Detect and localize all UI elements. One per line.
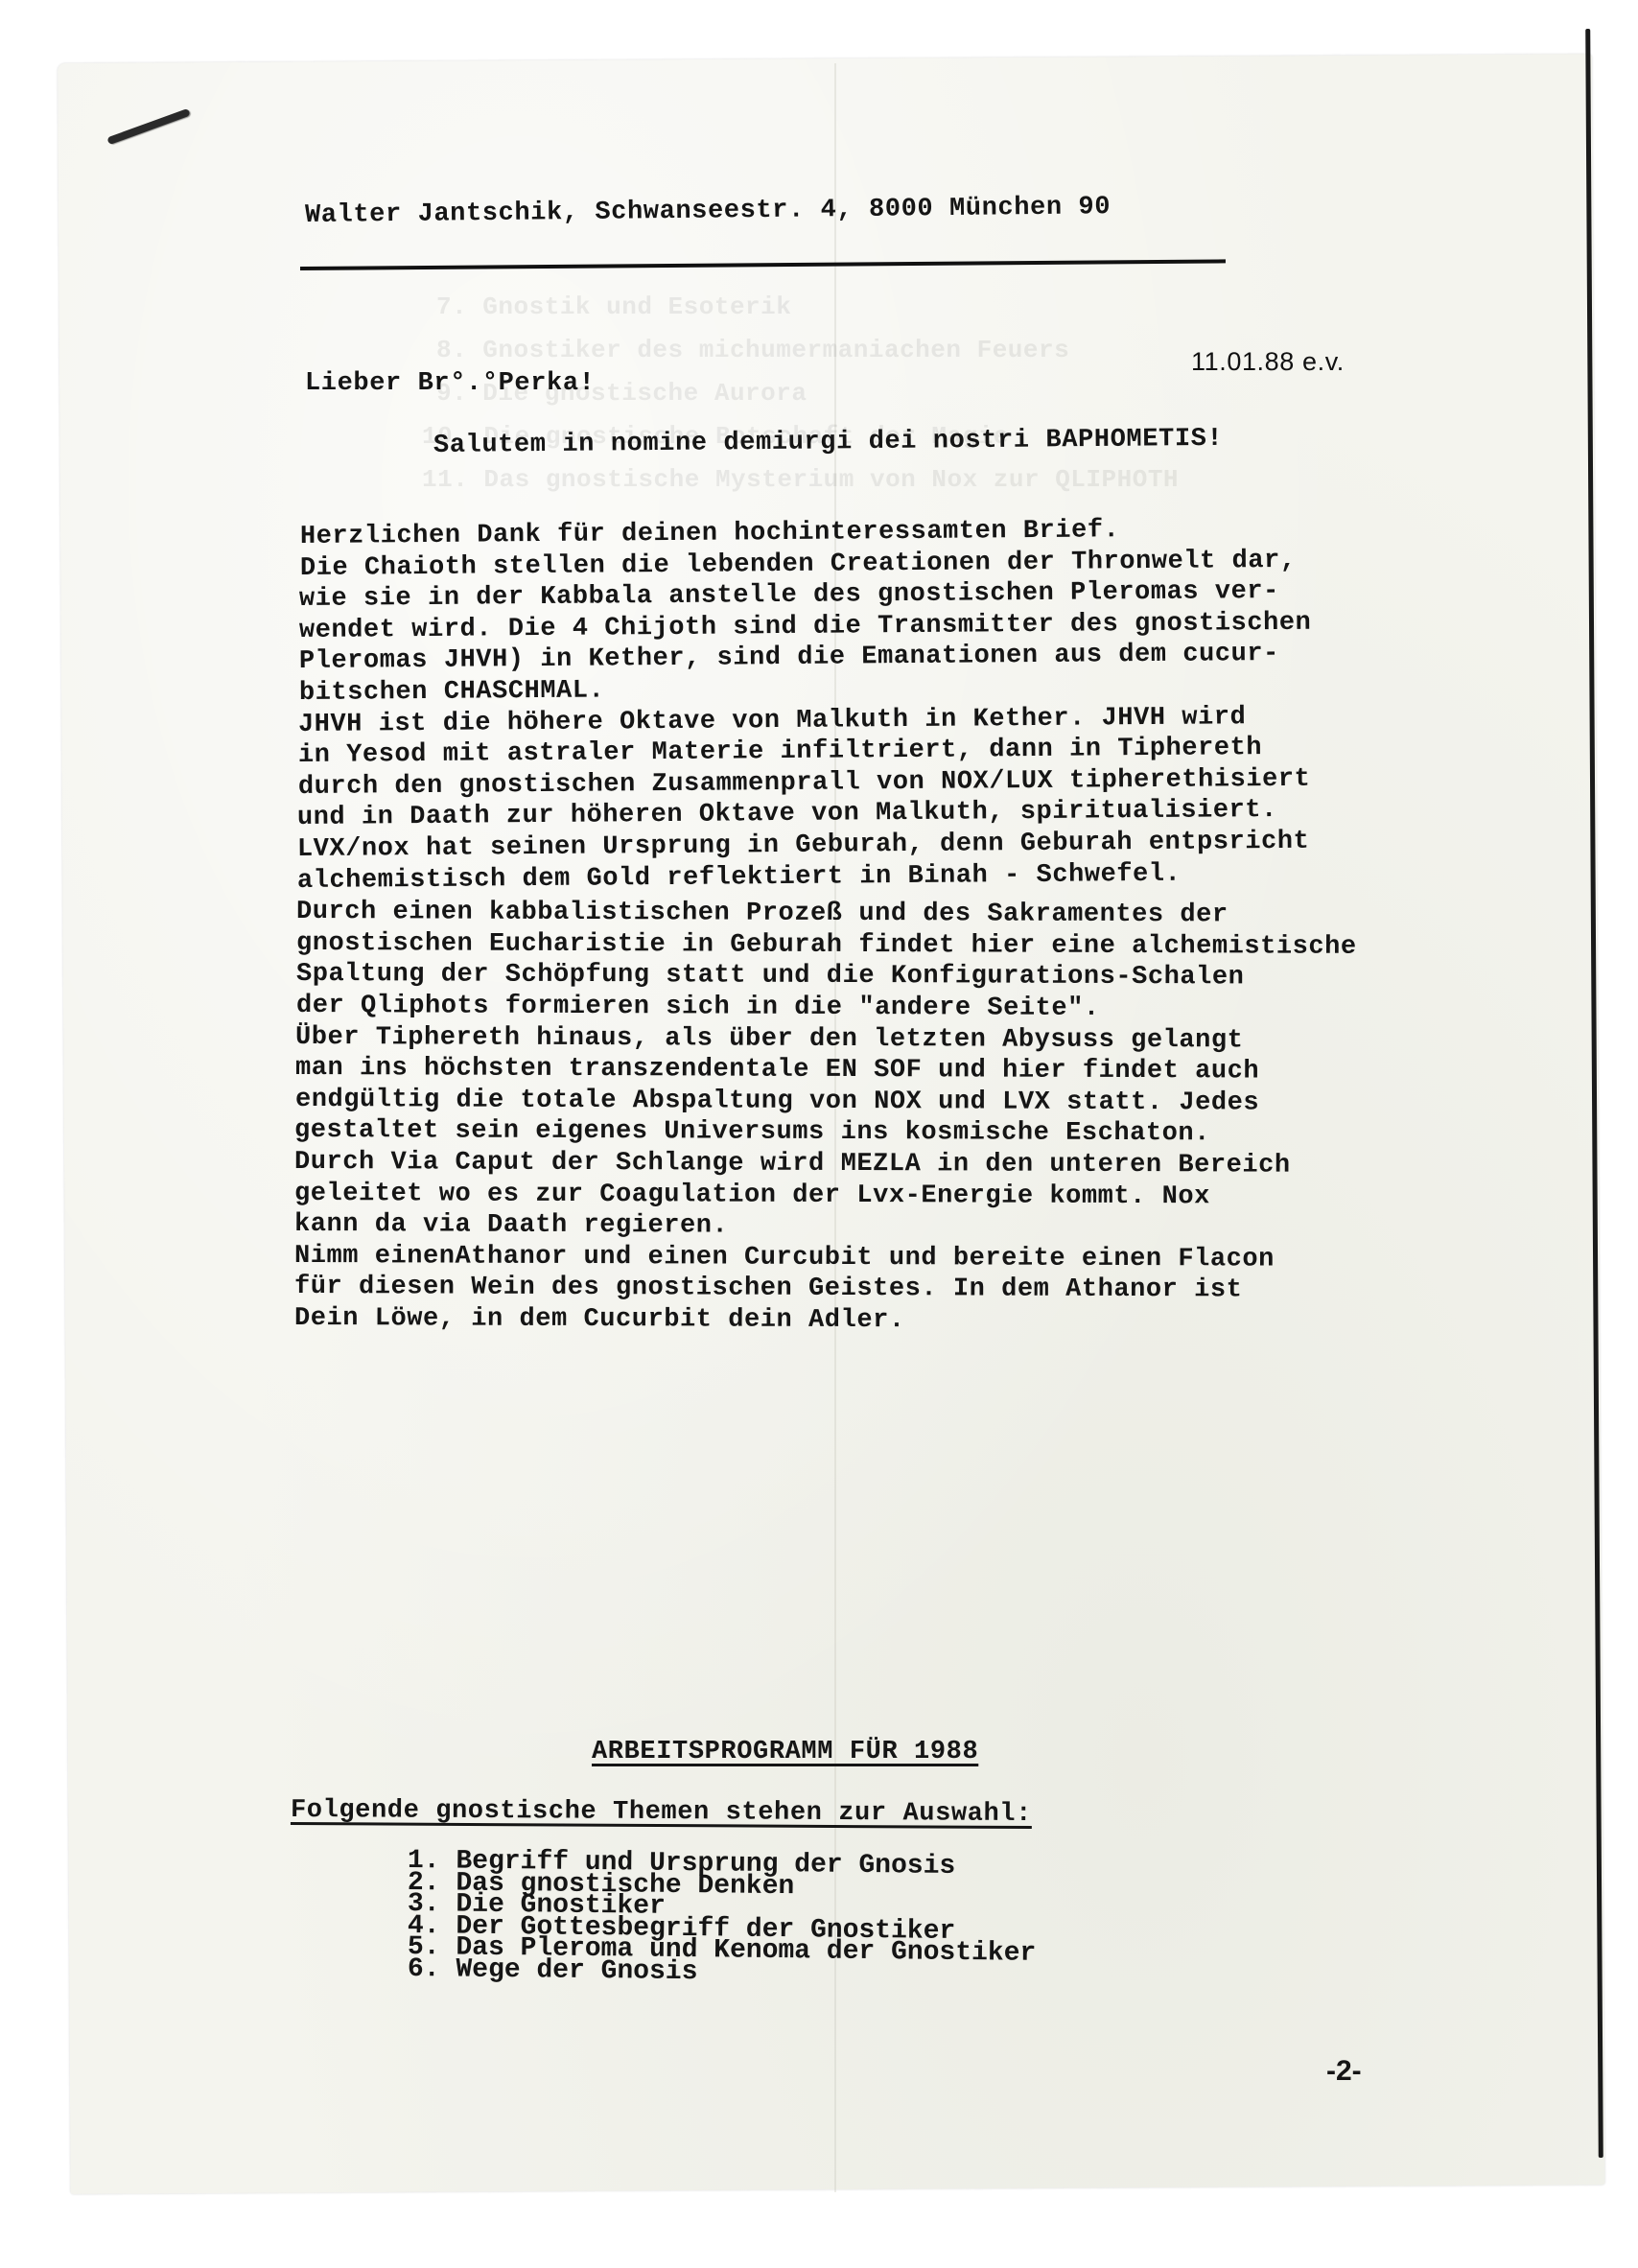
body-text-line: man ins höchsten transzendentale EN SOF … bbox=[295, 1054, 1259, 1087]
body-text-line: bitschen CHASCHMAL. bbox=[298, 677, 604, 708]
body-text-line: geleitet wo es zur Coagulation der Lvx-E… bbox=[294, 1180, 1210, 1211]
topic-list-item: 6. Wege der Gnosis bbox=[408, 1954, 698, 1987]
page-number: -2- bbox=[1326, 2055, 1362, 2088]
body-text-line: kann da via Daath regieren. bbox=[294, 1210, 728, 1241]
body-text-line: Nimm einenAthanor und einen Curcubit und… bbox=[294, 1242, 1275, 1274]
body-text-line: Durch Via Caput der Schlange wird MEZLA … bbox=[294, 1148, 1291, 1181]
body-text-line: Spaltung der Schöpfung statt und die Kon… bbox=[296, 960, 1245, 992]
salutation: Lieber Br°.°Perka! bbox=[305, 369, 595, 398]
body-text-line: Durch einen kabbalistischen Prozeß und d… bbox=[296, 898, 1228, 929]
letter-date: 11.01.88 e.v. bbox=[1191, 347, 1345, 377]
body-text-line: endgültig die totale Abspaltung von NOX … bbox=[295, 1086, 1259, 1118]
body-text-line: für diesen Wein des gnostischen Geistes.… bbox=[294, 1273, 1243, 1304]
body-text-line: gestaltet sein eigenes Universums ins ko… bbox=[294, 1116, 1210, 1148]
show-through-line: 8. Gnostiker des michumermaniachen Feuer… bbox=[436, 336, 1069, 364]
section-title: ARBEITSPROGRAMM FÜR 1988 bbox=[592, 1738, 978, 1766]
body-text-line: Über Tiphereth hinaus, als über den letz… bbox=[295, 1023, 1244, 1055]
list-intro: Folgende gnostische Themen stehen zur Au… bbox=[291, 1796, 1032, 1829]
show-through-line: 7. Gnostik und Esoterik bbox=[436, 292, 791, 321]
show-through-line: 11. Das gnostische Mysterium von Nox zur… bbox=[422, 465, 1179, 494]
body-text-line: der Qliphots formieren sich in die "ande… bbox=[295, 992, 1099, 1023]
body-text-line: Dein Löwe, in dem Cucurbit dein Adler. bbox=[294, 1304, 905, 1335]
body-text-line: gnostischen Eucharistie in Geburah finde… bbox=[296, 929, 1357, 962]
